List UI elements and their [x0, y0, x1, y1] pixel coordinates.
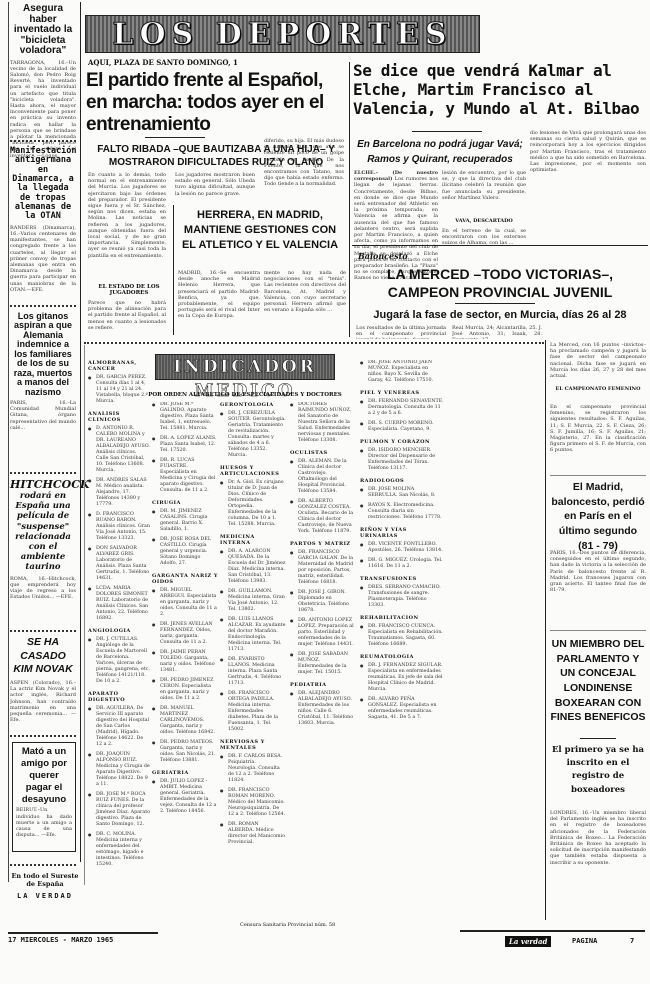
- listing: D. FRANCISCO RUANO BARON. Análisis clíni…: [88, 512, 150, 542]
- article-body: MADRID, 16.–Se encuentra desde anoche en…: [178, 270, 260, 332]
- article-body: TARRAGONA, 16.–Un vecino de la localidad…: [10, 60, 76, 159]
- subheadline: Jugará la fase de sector, en Murcia, día…: [355, 310, 645, 322]
- section-heading: REHABILITACION: [360, 615, 444, 621]
- listing: RAYOS X. Electromedicina. Consulta diari…: [360, 503, 444, 521]
- listing: DR. ROMAN ALBERDA. Médico director del M…: [220, 822, 286, 846]
- medical-column-3: GERONTOLOGIA DR. J. CEREZUELA SOUTER. Ge…: [220, 402, 286, 882]
- article-body: En cuanto a lo demás, todo normal en el …: [88, 172, 166, 287]
- article-text: LONDRES, 16.–Un miembro liberal del Parl…: [550, 810, 646, 841]
- listing: DR. R. LUCAS FUIASTRE. Especialista en M…: [152, 458, 218, 494]
- listing: DR. FRANCISCO ORTEGA PADILLA. Medicina i…: [220, 691, 286, 733]
- article-body: Real Murcia, 24; Alcantarilla, 25. J. Jo…: [452, 325, 542, 339]
- article-body: mente no hay nada de negociaciones con e…: [264, 270, 346, 332]
- article-body: La Merced, con 16 puntos –invictos– ha p…: [550, 342, 646, 382]
- headline: UN MIEMBRO DEL PARLAMENTO Y UN CONCEJAL …: [550, 637, 646, 725]
- headline: SE HA CASADO KIM NOVAK: [10, 636, 76, 677]
- subheadline-vava: En Barcelona no podrá jugar Vavá; Ramos …: [355, 138, 525, 167]
- listing: DR. ALBERTO GONZALEZ COSTEA. Oculista. B…: [290, 499, 356, 535]
- section-heading: RIÑON Y VIAS URINARIAS: [360, 527, 444, 539]
- listing: DR. FRANCISCO GARCIA GALAN. De la Matern…: [290, 550, 356, 586]
- page-number: 7: [630, 937, 634, 945]
- listing: DR. EVARISTO LLANOS. Medicina interna. P…: [220, 657, 286, 687]
- listing: DR. JOSE MOLINA SERRULLA. San Nicolás, 8…: [360, 487, 444, 499]
- listing: DR. MIGUEL ARREGUI. Especialista en garg…: [152, 588, 218, 618]
- article-kalmar: Se dice que vendrá Kalmar al Elche, Mart…: [353, 62, 649, 119]
- section-heading-vava: VAVA, DESCARTADO: [442, 218, 526, 224]
- article-body: Parece que no habrá problema de alineaci…: [88, 300, 166, 336]
- headline: Manifestación antigermana en Dinamarca, …: [10, 147, 76, 222]
- article-hitchcock: HITCHCOCK rodará en España una película …: [10, 478, 76, 626]
- listing: DR. JOSE J. GIRON. Diplomado en Obstetri…: [290, 590, 356, 614]
- article-body: PARIS, 16.–La Comunidad Mundial Gitana, …: [10, 400, 76, 450]
- article-body: RANDERS (Dinamarca), 16.–Varios centenar…: [10, 225, 76, 293]
- listing: DR. PEDRO JIMENEZ CERON. Especialista en…: [152, 678, 218, 702]
- section-heading: GARGANTA NARIZ Y OIDOS: [152, 573, 218, 585]
- article-body: Los resultados de la última jornada en e…: [356, 325, 446, 339]
- subheadline: rodará en España una película de "suspen…: [10, 491, 76, 573]
- listing: DR. ISIDORO MENCHER. Director del Dispen…: [360, 448, 444, 472]
- listing: DR. M. JIMENEZ CASALINS. Cirugía general…: [152, 509, 218, 533]
- article-body: LONDRES, 16.–Un miembro liberal del Parl…: [550, 810, 646, 910]
- section-heading: PULMON Y CORAZON: [360, 439, 444, 445]
- listing: DR. FRANCISCO ROMAN MORENO. Médico del M…: [220, 788, 286, 818]
- listing: DR. ALVARO PEÑA GONSALEZ. Especialista e…: [360, 697, 444, 721]
- listing: DR. F. CARLOS BESA. Psiquiatría. Neurolo…: [220, 754, 286, 784]
- listing: DR. JAIME PERAN TOLEDO. Garganta, nariz …: [152, 650, 218, 674]
- listing: DR. GARCIA PEREZ. Consulta días 1 al 4, …: [88, 375, 150, 405]
- listing: DR. C. MOLINA. Medicina interna y enferm…: [88, 832, 150, 868]
- article-body: ASPEN (Colorado), 16.–La actriz Kim Nova…: [10, 680, 76, 724]
- listing: DR. JOSE M.ª ROCA RUIZ FUNES. De la clín…: [88, 792, 150, 828]
- subheadline: El primero ya se ha inscrito en el regis…: [550, 744, 646, 797]
- page-label: PAGINA: [572, 937, 597, 945]
- headline: El partido frente al Español, en marcha:…: [86, 70, 344, 136]
- section-heading: CIRUGIA: [152, 500, 218, 506]
- section-heading: RADIOLOGOS: [360, 478, 444, 484]
- listing: DR. J. CUTILLAS. Angiólogo de la Escuela…: [88, 637, 150, 685]
- listing: DR. A. ALARCON QUESADA. De la Escuela de…: [220, 549, 286, 585]
- section-heading: ANGIOLOGIA: [88, 628, 150, 634]
- listing: DR. JULIO LOPEZ - AMBIT. Medicina genera…: [152, 779, 218, 815]
- medical-column-4: DOCTORES RAIMUNDO MUÑOZ, del Sanatorio d…: [290, 402, 356, 882]
- section-heading: PIEL Y VENEREAS: [360, 390, 444, 396]
- indicador-medico-banner: INDICADOR MEDICO: [155, 354, 335, 380]
- section-heading: HUESOS Y ARTICULACIONES: [220, 465, 286, 477]
- headline: Los gitanos aspiran a que Alemania indem…: [10, 312, 76, 397]
- listing: DR. ANDRES SALAS M. Médico analista. Ale…: [88, 478, 150, 508]
- promo-line: En todo el Sureste de España: [10, 872, 80, 889]
- article-parlamento: UN MIEMBRO DEL PARLAMENTO Y UN CONCEJAL …: [550, 637, 646, 725]
- listing: DR. GUILLAMON. Medicina interna. Gran Ví…: [220, 589, 286, 613]
- listing: DR. JOSE ANTONIO JAEN MUÑOZ. Especialist…: [360, 360, 444, 384]
- listing: DR. J. CEREZUELA SOUTER. Gerontología. G…: [220, 411, 286, 459]
- listing: DR. FRANCISCO CUENCA. Especialista en Re…: [360, 624, 444, 648]
- section-banner: LOS DEPORTES: [85, 15, 480, 53]
- section-heading: GERIATRIA: [152, 770, 218, 776]
- article-body: En el campeonato provincial femenino, se…: [550, 404, 646, 464]
- section-heading: PARTOS Y MATRIZ: [290, 541, 356, 547]
- listing: DR. FERNANDO SENAVENTE. Dermatología. Co…: [360, 399, 444, 417]
- subheadline-fase-sector: Jugará la fase de sector, en Murcia, día…: [355, 310, 645, 322]
- listing: DOCTORES RAIMUNDO MUÑOZ, del Sanatorio d…: [290, 402, 356, 444]
- article-body: ROMA, 16.–Hitchcock, que emprenderá hoy …: [10, 576, 76, 626]
- medical-column-5: DR. JOSE ANTONIO JAEN MUÑOZ. Especialist…: [360, 360, 444, 880]
- listing: DR. ALEMAN. De la Clínica del doctor Cas…: [290, 459, 356, 495]
- section-heading: PEDIATRIA: [290, 682, 356, 688]
- article-madrid-paris: El Madrid, baloncesto, perdió en París e…: [550, 480, 646, 553]
- listing: DR. A. LOPEZ ALANIS. Plaza Santa Isabel,…: [152, 436, 218, 454]
- indicador-subtitle: POR ORDEN ALFABETICO DE ESPECIALIDADES Y…: [120, 392, 370, 398]
- listing: DRES. SERRANO CAMACHO. Transfusiones de …: [360, 585, 444, 609]
- listing: DR. S. CUERPO MORENO. Especialista. Caye…: [360, 421, 444, 433]
- section-kicker-baloncesto: Baloncesto: [358, 251, 408, 261]
- headline: El Madrid, baloncesto, perdió en París e…: [550, 480, 646, 553]
- listing: DR. JENES AVELLAN FERNANDEZ. Oídos, nari…: [152, 622, 218, 646]
- listing: LCDA. MARIA DOLORES SIMONET RUIZ. Labora…: [88, 586, 150, 622]
- headline: Asegura haber inventado la "bicicleta vo…: [10, 4, 76, 57]
- listing: DR. MANUEL MARTINEZ CARLINOVEMOS. Gargan…: [152, 706, 218, 736]
- promo-brand: LA VERDAD: [10, 892, 80, 900]
- article-kim-novak: SE HA CASADO KIM NOVAK ASPEN (Colorado),…: [10, 636, 76, 724]
- listing: DR. ALEJANDRO ALBALADEJO AYUSO. Enfermed…: [290, 691, 356, 727]
- headline: LA MERCED –TODO VICTORIAS–, CAMPEON PROV…: [355, 265, 645, 301]
- subheadline-boxeo: El primero ya se ha inscrito en el regis…: [550, 744, 646, 797]
- article-body: BEIRUT.–Un individuo ha dado muerte a un…: [16, 807, 72, 863]
- section-title: LOS DEPORTES: [112, 17, 452, 52]
- listing: DR. G. MIGUEZ. Urología. Tel. 11616. De …: [360, 558, 444, 570]
- article-gitanos: Los gitanos aspiran a que Alemania indem…: [10, 312, 76, 450]
- headline: HITCHCOCK: [10, 478, 76, 491]
- article-body: Los jugadores mostraron buen estado en g…: [175, 172, 255, 202]
- listing: Dr. A. Giol. Ex cirujano titular de D. J…: [220, 480, 286, 528]
- article-body: lesión de encuentro, por lo que se, y qu…: [442, 170, 526, 215]
- listing: D. ANTONIO R. CALERO MOLINA y DR. LAUREA…: [88, 426, 150, 474]
- listing: DR. PEDRO MATEOS. Garganta, nariz y oído…: [152, 740, 218, 764]
- article-dinamarca: Manifestación antigermana en Dinamarca, …: [10, 147, 76, 293]
- address-line: AQUI, PLAZA DE SANTO DOMINGO, 1: [88, 58, 238, 67]
- section-heading: MEDICINA INTERNA: [220, 534, 286, 546]
- listing: DR. JOSE M.ª GALINDO. Aparato digestivo.…: [152, 402, 218, 432]
- medical-column-1: ALMORRANAS, CANCER DR. GARCIA PEREZ. Con…: [88, 360, 150, 880]
- section-heading: ALMORRANAS, CANCER: [88, 360, 150, 372]
- section-heading: REUMATOLOGIA: [360, 654, 444, 660]
- section-heading-femenino: EL CAMPEONATO FEMENINO: [550, 386, 646, 392]
- article-body: dio lesiones de Vavá que prolongará unas…: [530, 130, 646, 216]
- article-desayuno: Mató a un amigo por querer pagar el desa…: [12, 742, 76, 852]
- section-heading: TRANSFUSIONES: [360, 576, 444, 582]
- footer-date: 17 MIERCOLES - MARZO 1965: [8, 936, 113, 944]
- section-heading: APARATO DIGESTIVO: [88, 691, 150, 703]
- medical-column-2: DR. JOSE M.ª GALINDO. Aparato digestivo.…: [152, 402, 218, 882]
- listing: DR. VICENTE FONTLLEBO. Apostóles, 26. Te…: [360, 542, 444, 554]
- section-heading-estado: EL ESTADO DE LOS JUGADORES: [90, 284, 168, 296]
- subheadline: En Barcelona no podrá jugar Vavá; Ramos …: [355, 138, 525, 167]
- section-heading: NERVIOSAS Y MENTALES: [220, 739, 286, 751]
- listing: DR. JOAQUIN ALFONSO RUIZ. Medicina y Cir…: [88, 752, 150, 788]
- listing: DR. JOSE SABADAN MUÑOZ. Enfermedades de …: [290, 652, 356, 676]
- listing: DR. ANTONIO LOPEZ LOPEZ. Preparación al …: [290, 618, 356, 648]
- article-body: PARIS, 16.–Dos puntos de diferencia, con…: [550, 550, 646, 620]
- promo-box: En todo el Sureste de España LA VERDAD: [10, 872, 80, 900]
- headline: Mató a un amigo por querer pagar el desa…: [16, 746, 72, 805]
- article-la-merced: LA MERCED –TODO VICTORIAS–, CAMPEON PROV…: [355, 265, 645, 301]
- listing: DR. J. FERNANDEZ SIGULAR. Especialista e…: [360, 663, 444, 693]
- listing: DR. AGUILERA. De Servicio III aparato di…: [88, 706, 150, 748]
- article-espanol: El partido frente al Español, en marcha:…: [86, 70, 344, 136]
- article-herrera: HERRERA, EN MADRID, MANTIENE GESTIONES C…: [176, 208, 344, 253]
- newspaper-logo: La verdad: [505, 936, 551, 947]
- headline: HERRERA, EN MADRID, MANTIENE GESTIONES C…: [176, 208, 344, 253]
- article-body: diferido, su hija. El más dudoso es Anto…: [264, 138, 344, 202]
- listing: DR. LUIS LLANOS ALCAZAR. Ex ayudante del…: [220, 617, 286, 653]
- censura-note: Censura Sanitaria Provincial núm. 58: [240, 922, 335, 928]
- listing: DR. JOSE ROSA DEL CASTILLO. Cirugía gene…: [152, 537, 218, 567]
- section-heading: ANALISIS CLINICOS: [88, 411, 150, 423]
- section-heading: OCULISTAS: [290, 450, 356, 456]
- article-bicicleta: Asegura haber inventado la "bicicleta vo…: [10, 4, 76, 159]
- section-heading: GERONTOLOGIA: [220, 402, 286, 408]
- listing: DON SALVADOR ALVAREZ GRIS. Laboratorio d…: [88, 546, 150, 582]
- dateline: ELCHE.– (De nuestro corresponsal): [354, 170, 438, 182]
- headline: Se dice que vendrá Kalmar al Elche, Mart…: [353, 62, 649, 119]
